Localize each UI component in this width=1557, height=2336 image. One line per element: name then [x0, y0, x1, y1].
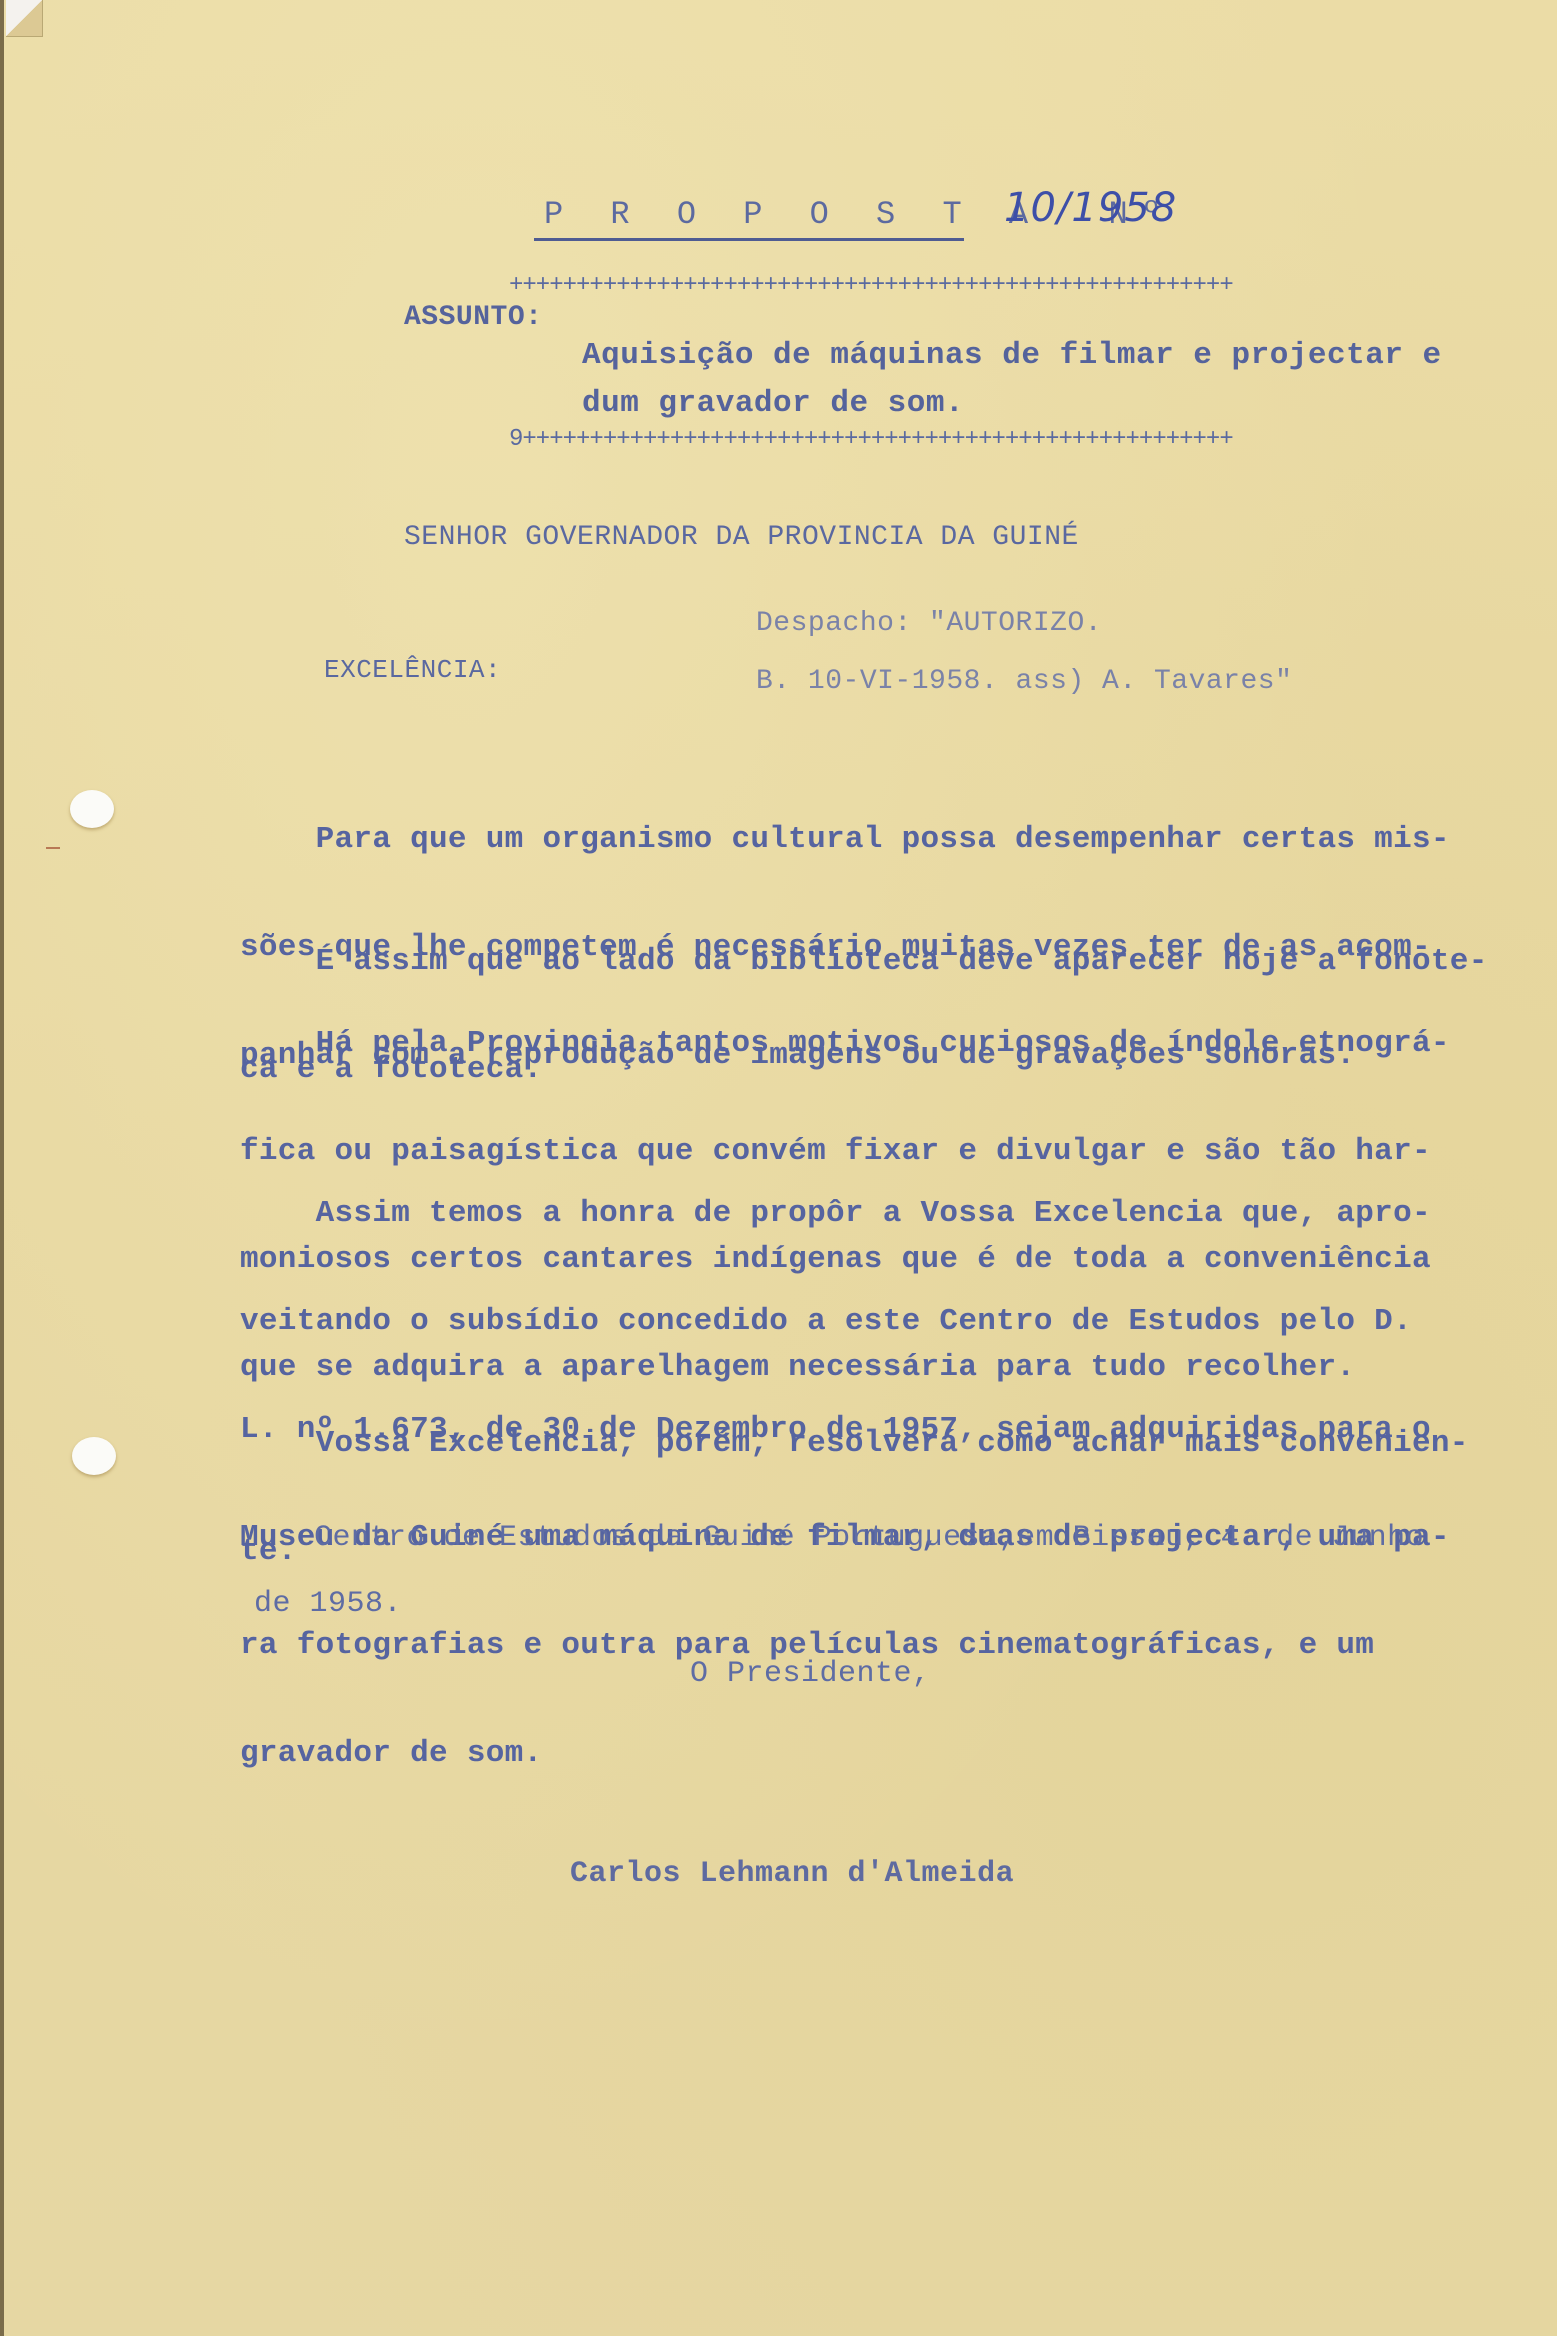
punch-hole-top: [70, 790, 114, 828]
paragraph-4-line-6: gravador de som.: [240, 1736, 1557, 1772]
despacho-line-1: Despacho: "AUTORIZO.: [756, 606, 1102, 642]
addressee: SENHOR GOVERNADOR DA PROVINCIA DA GUINÉ: [404, 520, 1079, 556]
subject-label: ASSUNTO:: [404, 300, 542, 336]
paragraph-4-line-1: Assim temos a honra de propôr a Vossa Ex…: [240, 1196, 1557, 1232]
paragraph-1-line-1: Para que um organismo cultural possa des…: [240, 822, 1557, 858]
subject-line-2: dum gravador de som.: [582, 386, 964, 422]
place-date-line-1: Centro de Estudos da Guiné Portuguesa,em…: [314, 1520, 1424, 1556]
paragraph-5-line-1: Vossa Excelencia, porém, resolverá como …: [240, 1426, 1557, 1462]
signatory-name: Carlos Lehmann d'Almeida: [570, 1856, 1014, 1892]
closing: O Presidente,: [690, 1656, 931, 1692]
paragraph-3-line-1: Há pela Provincia tantos motivos curioso…: [240, 1026, 1557, 1062]
punch-hole-bottom: [72, 1437, 116, 1475]
proposal-number-handwritten: 10/1958: [1004, 185, 1177, 231]
margin-mark: [46, 847, 60, 849]
title-underline: [534, 238, 964, 241]
paragraph-5: Vossa Excelencia, porém, resolverá como …: [240, 1354, 1557, 1642]
folded-corner: [6, 0, 43, 37]
salutation: EXCELÊNCIA:: [324, 652, 501, 688]
place-date-line-2: de 1958.: [254, 1586, 402, 1622]
despacho-line-2: B. 10-VI-1958. ass) A. Tavares": [756, 664, 1292, 700]
document-page: P R O P O S T A Nº 10/1958 +++++++++++++…: [0, 0, 1557, 2336]
plus-border-bottom: 9+++++++++++++++++++++++++++++++++++++++…: [509, 426, 1519, 453]
subject-line-1: Aquisição de máquinas de filmar e projec…: [582, 338, 1442, 374]
plus-border-top: ++++++++++++++++++++++++++++++++++++++++…: [509, 272, 1519, 299]
paragraph-4-line-2: veitando o subsídio concedido a este Cen…: [240, 1304, 1557, 1340]
